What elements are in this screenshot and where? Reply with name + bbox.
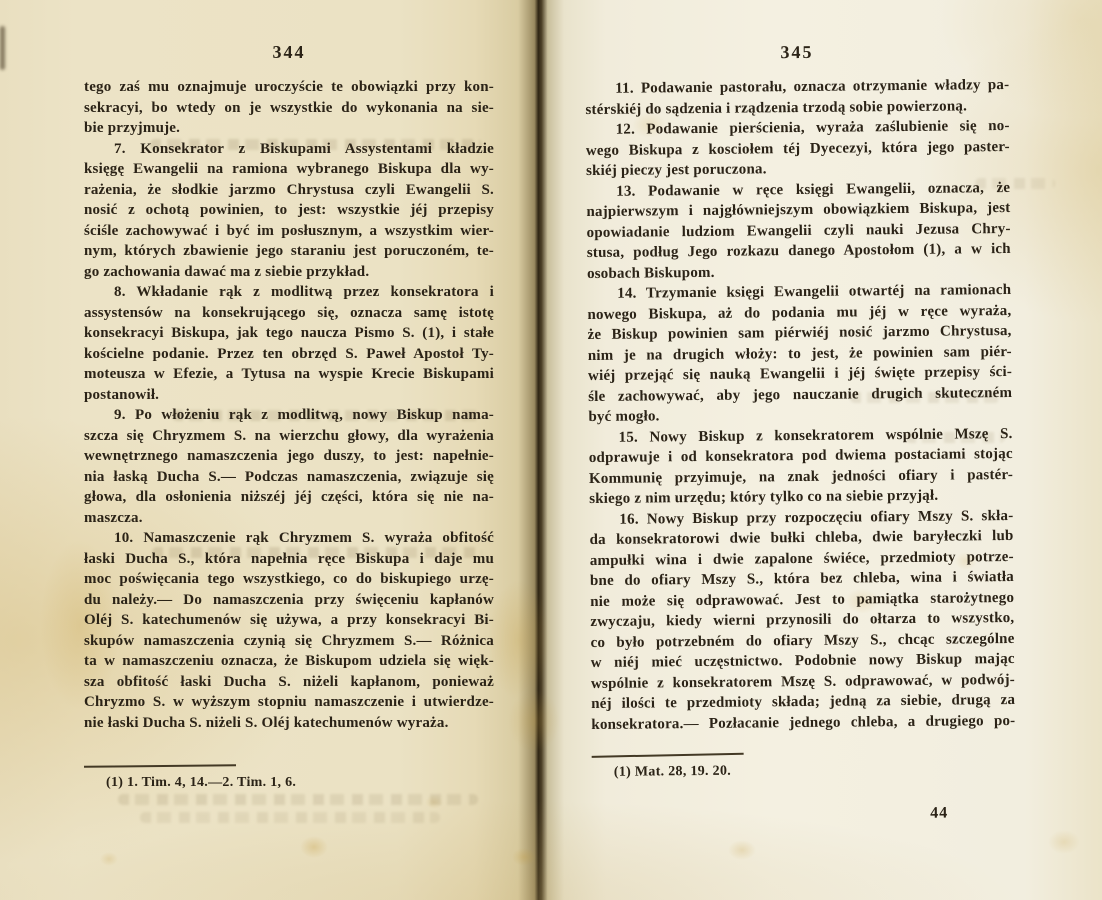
- page-left: 344 tego zaś mu oznajmuje uroczyście te …: [84, 42, 494, 791]
- footnote-block-right: (1) Mat. 28, 19. 20.: [592, 751, 1016, 781]
- text-line: skupów namaszczenia czynią się Chryzmem …: [84, 631, 494, 652]
- text-line: tego zaś mu oznajmuje uroczyście te obow…: [84, 77, 494, 98]
- text-line: ściśle zachowywać i być im posłusznym, a…: [84, 221, 494, 242]
- footnote-left: (1) 1. Tim. 4, 14.—2. Tim. 1, 6.: [84, 775, 494, 791]
- text-line: 8. Wkładanie rąk z modlitwą przez konsek…: [84, 282, 494, 303]
- text-line: postanowił.: [84, 385, 494, 406]
- text-line: assystensów na konsekrującego się, oznac…: [84, 303, 494, 324]
- text-line: moc poświęcania tego wszystkiego, co do …: [84, 569, 494, 590]
- text-line: go zachowania dawać ma z siebie przykład…: [84, 262, 494, 283]
- text-line: 7. Konsekrator z Biskupami Assystentami …: [84, 139, 494, 160]
- text-line: wewnętrznego namaszczenia jego duszy, to…: [84, 446, 494, 467]
- text-line: konsekratora.— Pozłacanie jednego chleba…: [591, 710, 1015, 735]
- text-line: Chryzmo S. w wyższym stopniu namaszczeni…: [84, 692, 494, 713]
- text-line: moteusza w Efezie, a Tytusa na wyspie Kr…: [84, 364, 494, 385]
- paper-stain: [300, 836, 328, 858]
- paper-stain: [508, 690, 560, 752]
- paper-stain: [100, 852, 118, 866]
- text-line: sekracyi, bo wtedy on je wszystkie do wy…: [84, 98, 494, 119]
- text-line: maszcza.: [84, 508, 494, 529]
- text-line: łaski Ducha S., która napełnia ręce Bisk…: [84, 549, 494, 570]
- text-line: księgę Ewangelii na ramiona wybranego Bi…: [84, 159, 494, 180]
- text-line: 9. Po włożeniu rąk z modlitwą, nowy Bisk…: [84, 405, 494, 426]
- page-body: tego zaś mu oznajmuje uroczyście te obow…: [84, 77, 494, 733]
- text-line: kościelne podanie. Przez ten obrzęd S. P…: [84, 344, 494, 365]
- text-line: śle zachowywać, aby jego nauczanie drugi…: [588, 382, 1012, 407]
- text-line: bie przyjmuje.: [84, 118, 494, 139]
- paper-stain: [1048, 830, 1080, 854]
- footnote-rule: [84, 764, 236, 768]
- text-line: rażenia, że słodkie jarzmo Chrystusa czy…: [84, 180, 494, 201]
- text-line: 10. Namaszczenie rąk Chryzmem S. wyraża …: [84, 528, 494, 549]
- page-number-left: 344: [84, 42, 494, 64]
- footnote-rule: [592, 753, 744, 758]
- paper-stain: [488, 580, 550, 700]
- bleed-through-artifact: [118, 794, 478, 805]
- scan-edge-mark: [0, 26, 5, 70]
- text-line: nosić z ochotą powinien, to jest: wszyst…: [84, 200, 494, 221]
- text-line: stusa, podług Jego rozkazu danego Aposto…: [587, 239, 1011, 264]
- bleed-through-artifact: [140, 812, 440, 823]
- text-line: konsekracyi Biskupa, jak tego naucza Pis…: [84, 323, 494, 344]
- text-line: ta w namaszczeniu oznacza, że Biskupom u…: [84, 651, 494, 672]
- text-line: wego Biskupa z kosciołem téj Dyecezyi, k…: [586, 136, 1010, 161]
- page-number-right: 345: [585, 40, 1009, 66]
- text-line: głowa, dla osłonienia niższéj jéj części…: [84, 487, 494, 508]
- text-line: nym, których zbawienie jego staraniu jes…: [84, 241, 494, 262]
- text-line: du należy.— Do namaszczenia przy święcen…: [84, 590, 494, 611]
- text-line: nia łaską Ducha S.— Podczas namaszczenia…: [84, 467, 494, 488]
- text-line: sza obfitość łaski Ducha S. niżeli kapła…: [84, 672, 494, 693]
- text-line: szcza się Chryzmem S. na wierzchu głowy,…: [84, 426, 494, 447]
- page-body: 11. Podawanie pastorału, oznacza otrzyma…: [585, 75, 1015, 735]
- book-scan: 344 tego zaś mu oznajmuje uroczyście te …: [0, 0, 1102, 900]
- text-line: Kommunię przyimuje, na znak jedności ofi…: [589, 464, 1013, 489]
- signature-mark: 44: [930, 805, 948, 823]
- text-line: Oléj S. katechumenów się używa, a przy k…: [84, 610, 494, 631]
- paper-stain: [728, 840, 756, 860]
- text-line: nie łaski Ducha S. niżeli S. Oléj katech…: [84, 713, 494, 734]
- footnote-block-left: (1) 1. Tim. 4, 14.—2. Tim. 1, 6.: [84, 765, 494, 791]
- paper-stain: [512, 848, 536, 866]
- page-right: 345 11. Podawanie pastorału, oznacza otr…: [585, 40, 1016, 781]
